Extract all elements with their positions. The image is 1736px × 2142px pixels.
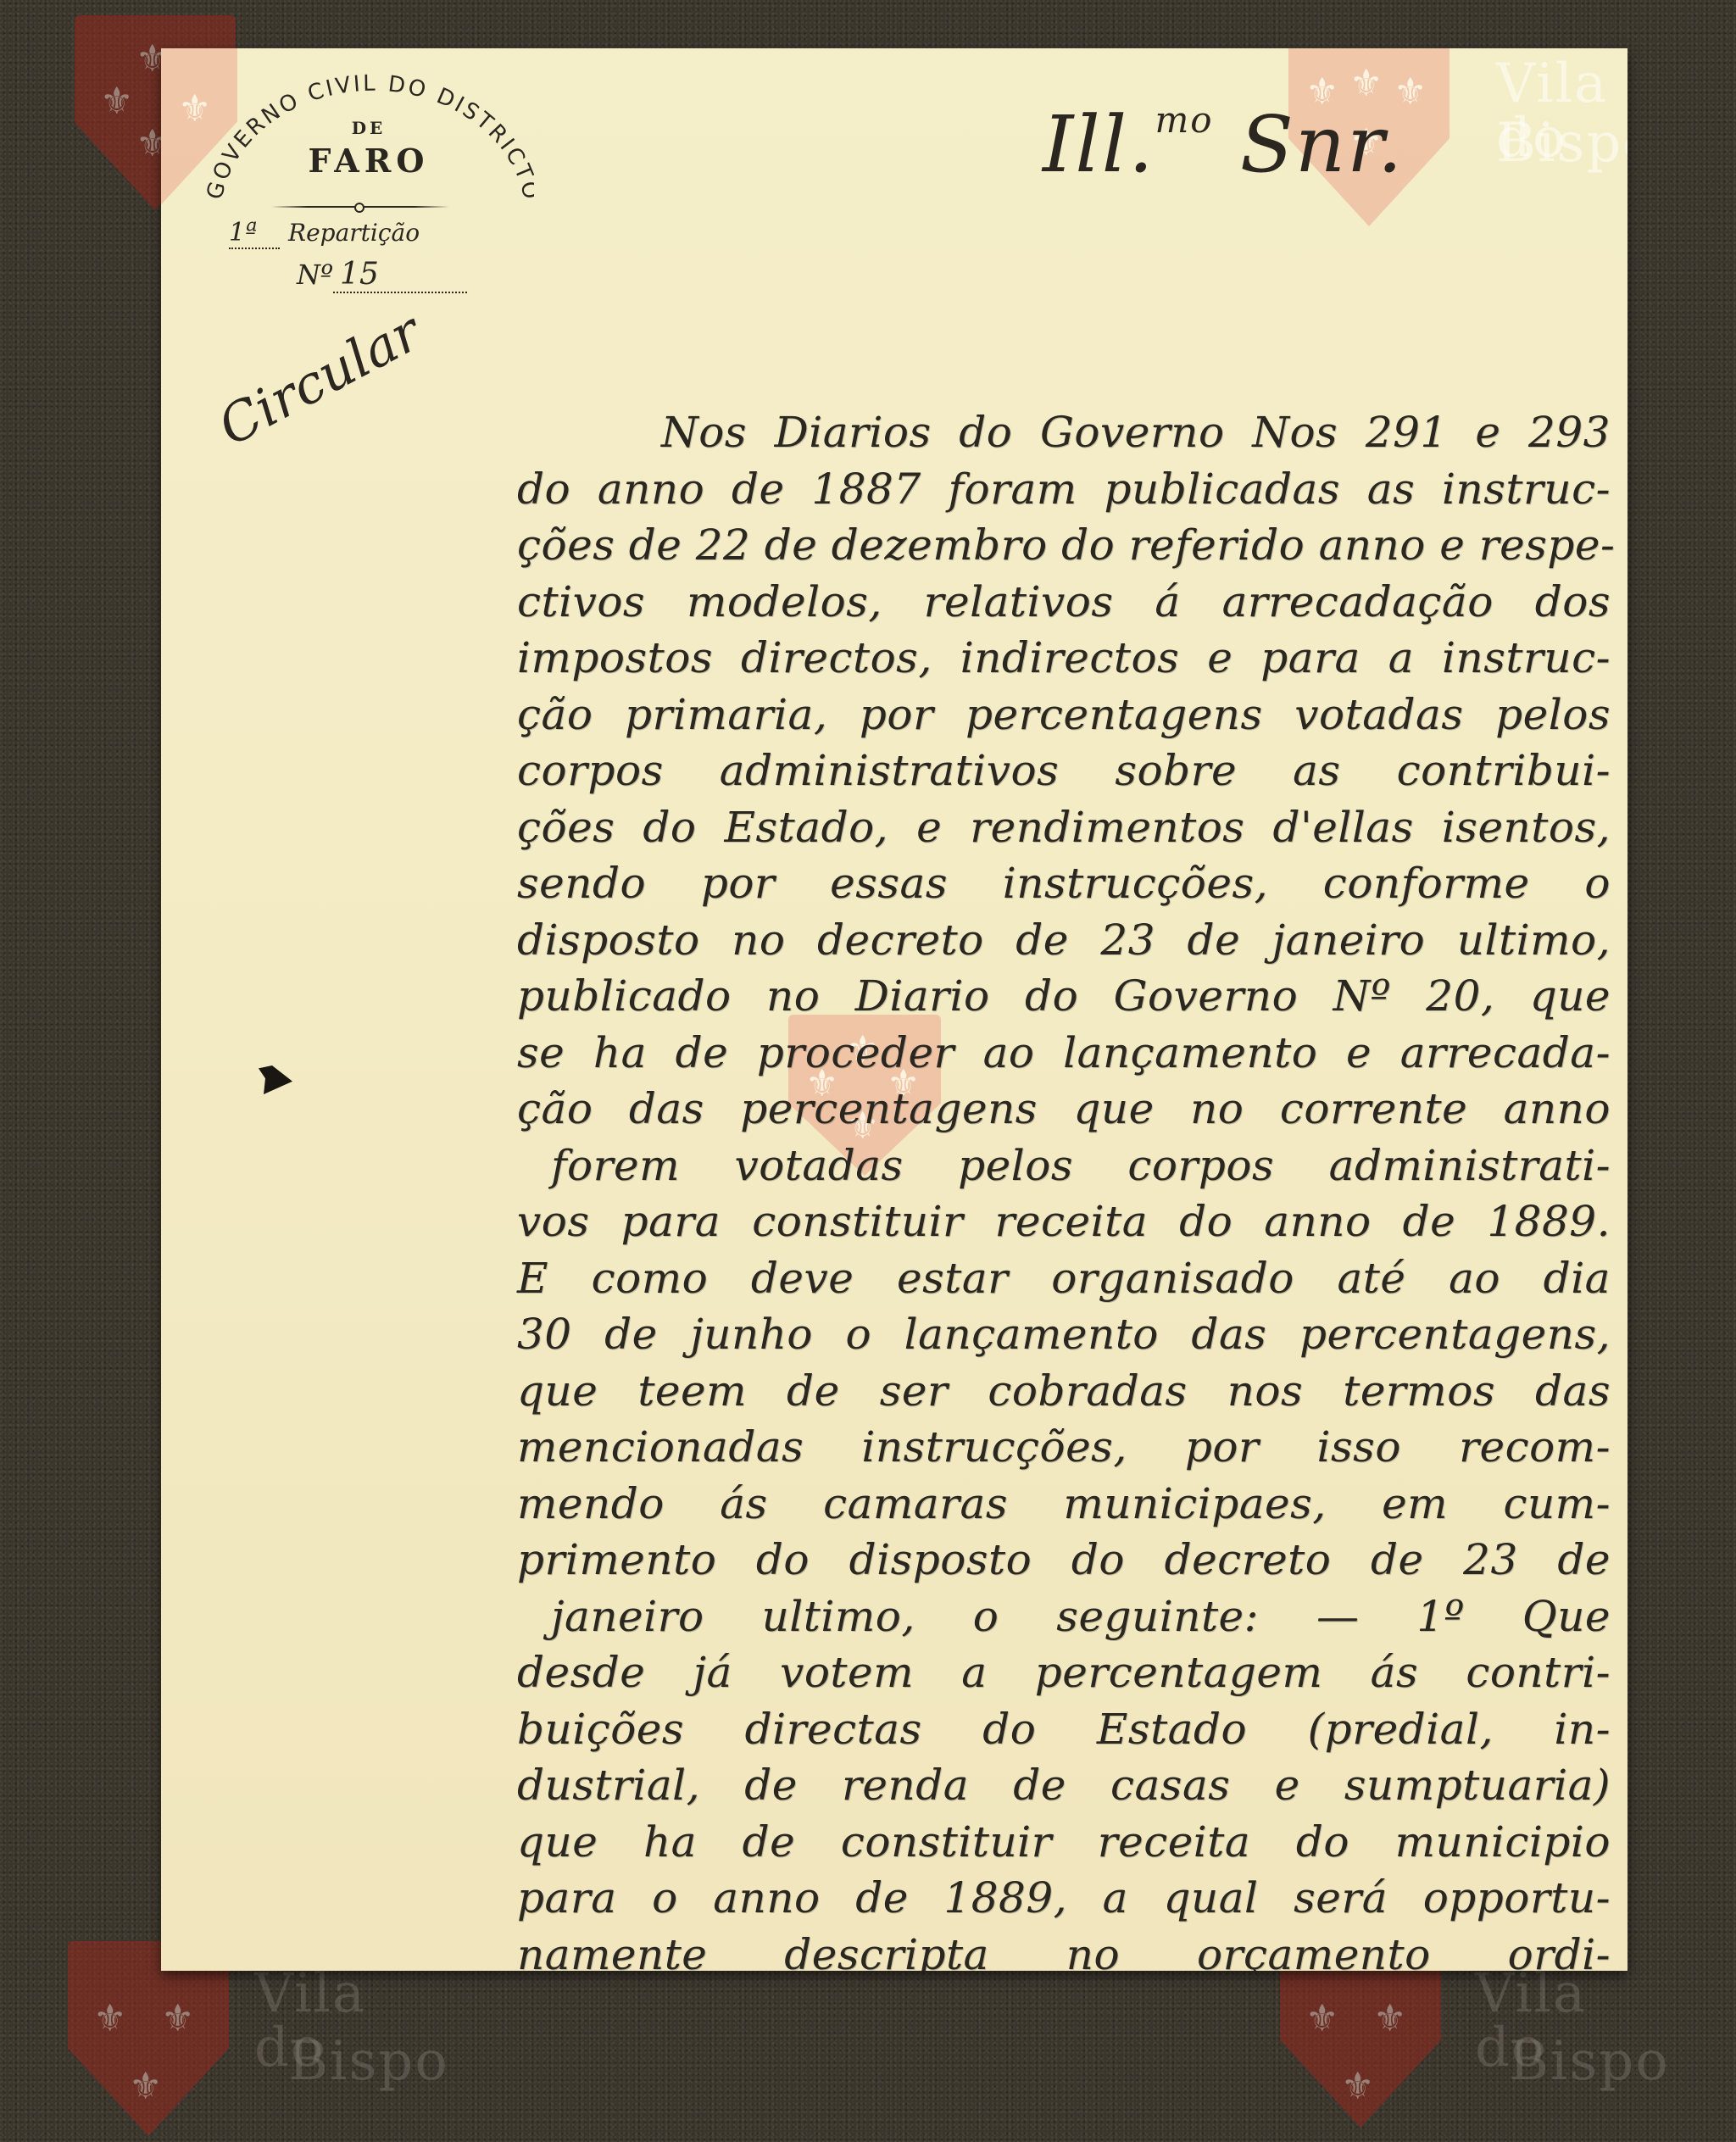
body-line: desde já votem a percentagem ás contri- [517, 1644, 1611, 1701]
body-line: ções do Estado, e rendimentos d'ellas is… [517, 799, 1611, 856]
letter-body: Nos Diarios do Governo Nos 291 e 293 do … [517, 404, 1611, 1971]
number-prefix: Nº [297, 259, 333, 291]
body-line: ctivos modelos, relativos á arrecadação … [517, 574, 1611, 631]
punch-hole [259, 1065, 292, 1094]
salutation-main: Ill. [1043, 99, 1155, 190]
salutation-title: Snr. [1240, 99, 1404, 190]
body-line: mendo ás camaras municipaes, em cum- [517, 1476, 1611, 1533]
letterhead-district: FARO [288, 142, 449, 180]
body-line: primento do disposto do decreto de 23 de [517, 1532, 1611, 1588]
body-line: impostos directos, indirectos e para a i… [517, 630, 1611, 687]
watermark-text: Bispo [1496, 116, 1627, 170]
letterhead-de: DE [322, 118, 415, 138]
watermark-text: Vila do [1475, 1967, 1587, 2075]
body-line: E como deve estar organisado até ao dia [517, 1250, 1611, 1307]
body-line: mencionadas instrucções, por isso recom- [517, 1419, 1611, 1476]
body-line: que teem de ser cobradas nos termos das [517, 1363, 1611, 1420]
salutation: Ill.mo Snr. [1043, 99, 1404, 190]
salutation-superscript: mo [1155, 99, 1213, 141]
watermark-text: Bispo [288, 2034, 449, 2089]
body-line: sendo por essas instrucções, conforme o [517, 855, 1611, 912]
body-line: buições directas do Estado (predial, in- [517, 1701, 1611, 1758]
body-line: vos para constituir receita do anno de 1… [517, 1193, 1611, 1250]
letterhead-divider [271, 206, 449, 208]
body-line: 30 de junho o lançamento das percentagen… [517, 1306, 1611, 1363]
body-line: forem votadas pelos corpos administrati- [517, 1138, 1611, 1194]
body-line: janeiro ultimo, o seguinte: — 1º Que [517, 1588, 1611, 1645]
watermark-text: Vila do [1496, 57, 1608, 165]
body-line: publicado no Diario do Governo Nº 20, qu… [517, 968, 1611, 1025]
watermark-text: Bispo [1509, 2034, 1670, 2089]
letterhead-department: 1ªRepartição [229, 218, 509, 249]
number-value: 15 [333, 257, 467, 293]
letterhead-number: Nº15 [297, 257, 467, 293]
body-line: corpos administrativos sobre as contribu… [517, 743, 1611, 799]
document-page: ⚜ ⚜ ⚜ ⚜ ⚜ Vila do Bispo ⚜ ⚜ ⚜ ⚜ GOVERNO … [161, 48, 1627, 1971]
margin-note-circular: Circular [209, 300, 431, 458]
body-line: dustrial, de renda de casas e sumptuaria… [517, 1757, 1611, 1814]
letterhead-stamp: GOVERNO CIVIL DO DISTRICTO DE FARO 1ªRep… [195, 57, 534, 311]
body-line: do anno de 1887 foram publicadas as inst… [517, 461, 1611, 518]
body-line: se ha de proceder ao lançamento e arreca… [517, 1025, 1611, 1082]
body-line: namente descripta no orçamento ordi- [517, 1927, 1611, 1972]
body-line: ções de 22 de dezembro do referido anno … [517, 517, 1611, 574]
body-line: ção das percentagens que no corrente ann… [517, 1081, 1611, 1138]
department-label: Repartição [288, 219, 420, 247]
body-line: Nos Diarios do Governo Nos 291 e 293 [517, 404, 1611, 461]
watermark-text: Vila do [254, 1967, 366, 2075]
body-line: ção primaria, por percentagens votadas p… [517, 687, 1611, 743]
department-number: 1ª [229, 218, 280, 249]
body-line: que ha de constituir receita do municipi… [517, 1814, 1611, 1871]
body-line: disposto no decreto de 23 de janeiro ult… [517, 912, 1611, 969]
body-line: para o anno de 1889, a qual será opportu… [517, 1870, 1611, 1927]
